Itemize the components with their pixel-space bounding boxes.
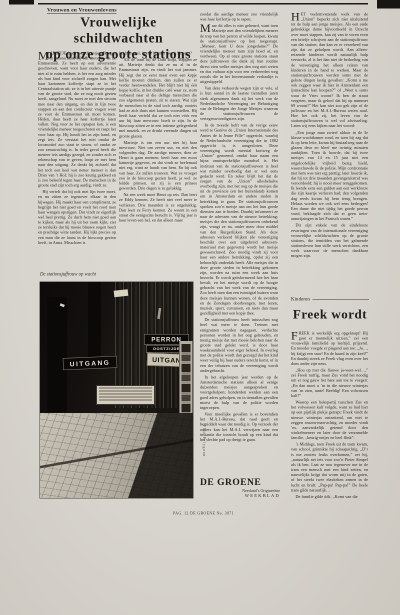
freek-title: Freek wordt — [291, 307, 369, 322]
paragraph: In het afgeloopen jaar werden op de Amst… — [200, 375, 278, 411]
paragraph: MARIETJE heeft een dienstje gekregen in … — [38, 51, 116, 188]
photo-beam — [88, 282, 101, 357]
paragraph: FREEK is werkelijk erg opgeknapt! Hij ga… — [291, 331, 368, 367]
article-column-2: het hem wel, heette hij niet Gerrit Koop… — [119, 51, 197, 265]
paragraph: Na een week moet Henri op reis. Dan leer… — [119, 193, 197, 223]
paragraph: De stationsjuffrouw heeft intusschen nog… — [200, 318, 278, 374]
article-column-3: zoodat die aardige meneer zoo vriendelij… — [200, 12, 278, 476]
paragraph: De familie gilde óók. „Komt van die — [291, 494, 368, 499]
top-rule — [38, 3, 368, 5]
poster-kiosk — [179, 341, 193, 417]
paragraph: „Hou op met die flauwe ja-weet-wel…,” ze… — [291, 368, 368, 398]
paragraph: Marietje is om een uur niet bij haar mev… — [119, 140, 197, 191]
kicker-rule — [312, 299, 369, 300]
notice-board — [96, 385, 155, 405]
paragraph: ’s Middags, toen Freek uit de tram kwam,… — [291, 442, 368, 493]
paragraph: zoodat die aardige meneer zoo vriendelij… — [200, 12, 278, 22]
paragraph: „Een jonge man zwierf aldoor in de 3e kl… — [291, 130, 368, 221]
paragraph: Hij vertelt dat hij ook met lijn twee mo… — [38, 190, 116, 246]
paragraph: HET veelomvattende werk van de „Union” b… — [291, 12, 368, 129]
page: Vrouwen en Vrouwenlevens Vrouwelijke sch… — [0, 0, 400, 615]
article-column-4: HET veelomvattende werk van de „Union” b… — [291, 12, 368, 290]
freek-kicker: Kinderen — [291, 297, 310, 302]
footer-pagination: PAG. 12 DE GROENE No. 3071 — [173, 511, 234, 516]
groene-promo: DE GROENE Neerland’s Origineelste WEEKBL… — [200, 477, 280, 498]
scan-corner-mark-right — [377, 0, 400, 9]
station-photo: PERRON OOSTZIJDE UITGANG UITGANG — [40, 282, 193, 498]
paragraph: In de tweede helft van de vorige eeuw we… — [200, 123, 278, 316]
groene-promo-tagline2: WEEKBLAD — [200, 493, 280, 498]
paragraph: Dit zijn enkele van de eindelooze ervari… — [291, 223, 368, 259]
freek-kicker-row: Kinderen — [291, 297, 369, 302]
paragraph: Van deze verkeerde wegen zijn er vele, a… — [200, 86, 278, 122]
article-column-1: MARIETJE heeft een dienstje gekregen in … — [38, 51, 116, 265]
uitgang-sign-left: UITGANG — [63, 356, 117, 370]
paragraph: Als de tram bij de Dam stopt, stappen ze… — [119, 58, 197, 139]
section-kicker: Vrouwen en Vrouwenlevens — [47, 7, 117, 14]
photo-pillar — [47, 297, 67, 412]
notice-board-text-lines — [99, 388, 152, 403]
freek-column: FREEK is werkelijk erg opgeknapt! Hij ga… — [291, 331, 368, 504]
paragraph: Voor moeilijke gevallen is er bovendien … — [200, 412, 278, 442]
groene-promo-logo: DE GROENE — [200, 477, 280, 488]
paragraph: Maar dit alles is niet gebeurd, want toe… — [200, 24, 278, 85]
kiosk-posters — [182, 344, 191, 414]
article-title-line1: Vrouwelijke schildwachten — [38, 14, 199, 46]
paragraph: het hem wel, heette hij niet Gerrit Koop… — [119, 51, 197, 56]
scan-corner-mark-left — [9, 0, 34, 5]
paragraph: Waarop een bokspartij tusschen Zus en he… — [291, 400, 368, 441]
scanned-magazine-page: Vrouwen en Vrouwenlevens Vrouwelijke sch… — [0, 0, 400, 615]
photo-caption: De stationsjuffrouw op wacht — [40, 272, 96, 277]
